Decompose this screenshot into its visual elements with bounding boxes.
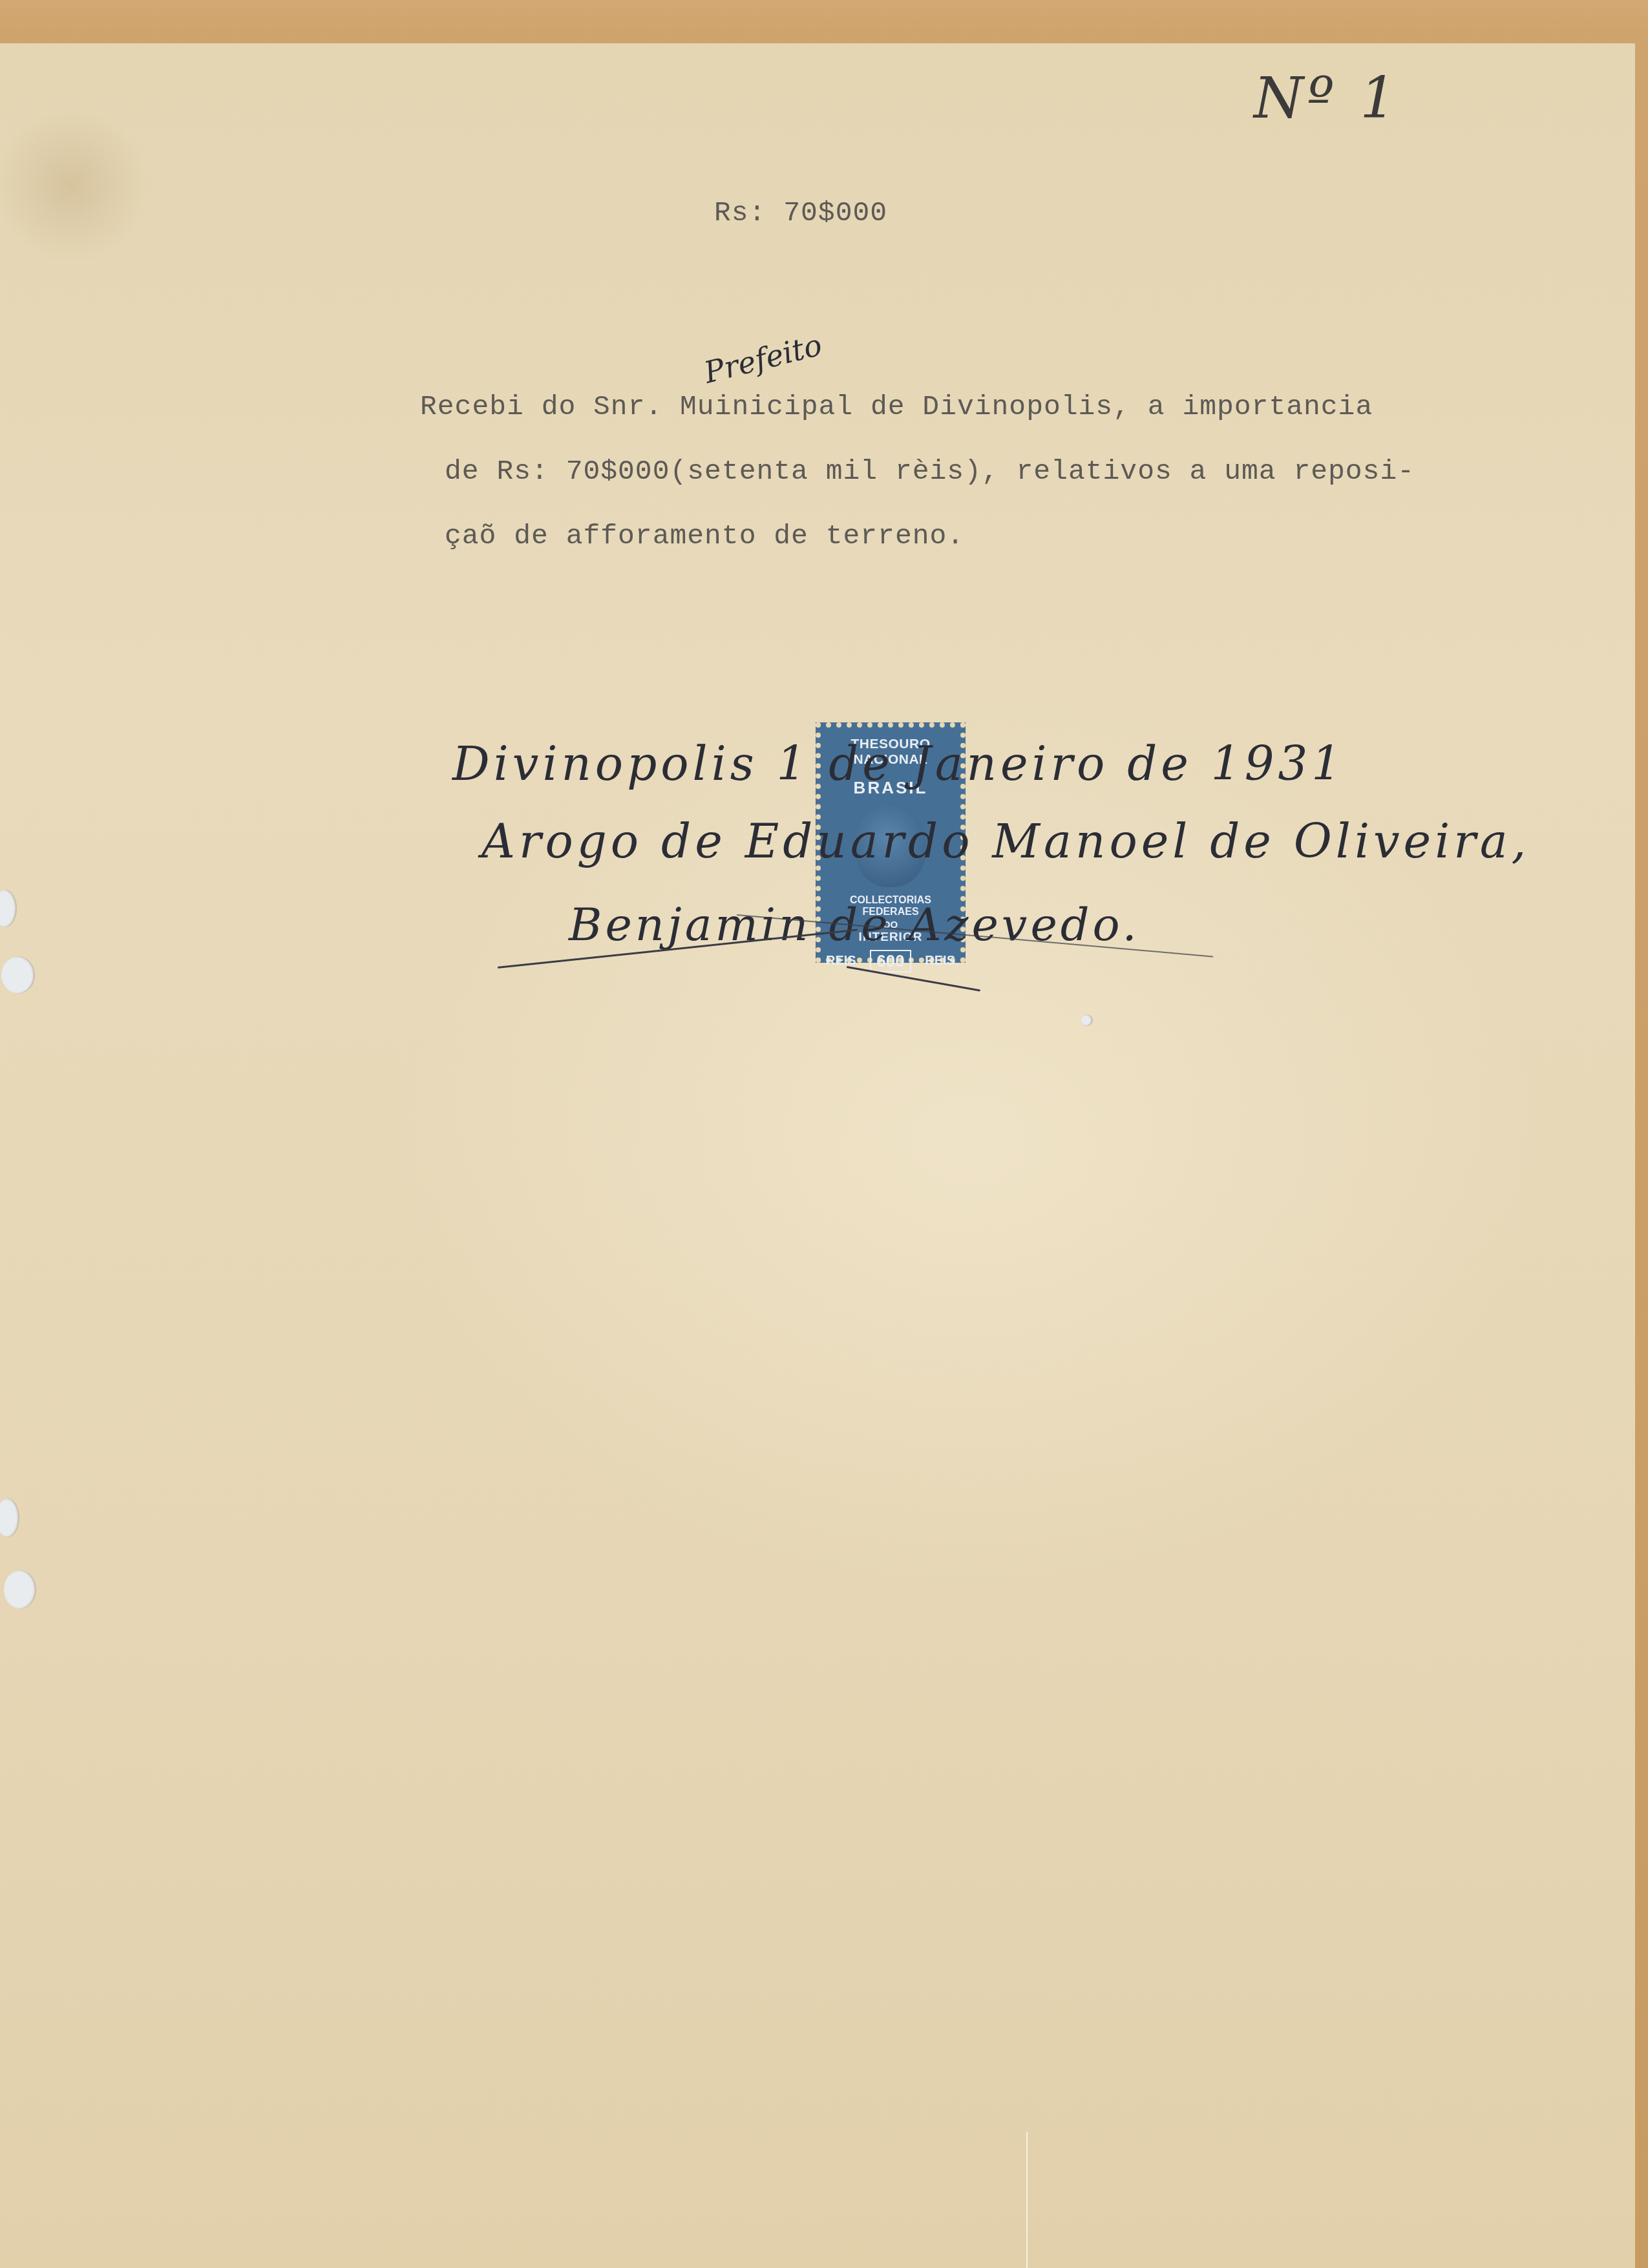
punch-hole [0, 890, 17, 927]
stamp-value: 600 [870, 950, 911, 972]
body-line-3: çaõ de afforamento de terreno. [445, 520, 964, 552]
punch-hole [0, 1498, 19, 1537]
stamp-currency-right: REIS [925, 954, 955, 969]
document-page [0, 43, 1635, 2268]
body-line-1: Recebi do Snr. Muinicipal de Divinopolis… [420, 391, 1373, 423]
handwritten-arogo-line: Arogo de Eduardo Manoel de Oliveira, [481, 814, 1530, 868]
punch-hole [1, 956, 35, 994]
document-number: Nº 1 [1254, 65, 1400, 131]
paper-crease [1026, 2132, 1028, 2268]
amount-header: Rs: 70$000 [714, 197, 887, 229]
pin-hole [1081, 1014, 1093, 1026]
handwritten-place-date: Divinopolis 1 de Janeiro de 1931 [452, 737, 1345, 791]
punch-hole [4, 1570, 36, 1609]
body-line-2: de Rs: 70$000(setenta mil rèis), relativ… [445, 456, 1415, 487]
